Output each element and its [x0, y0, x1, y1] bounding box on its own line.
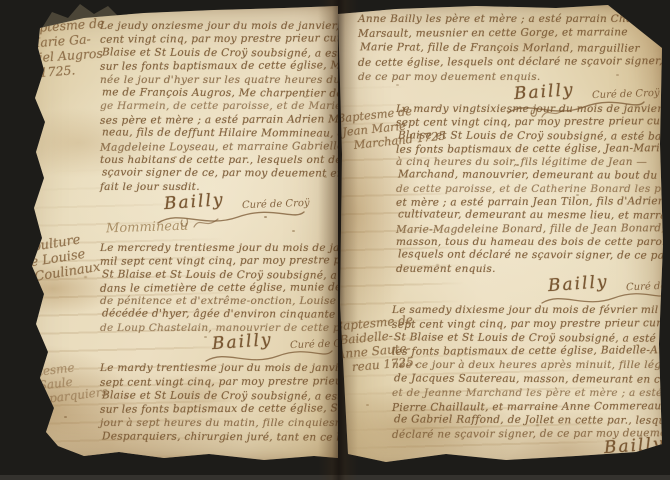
manuscript-line: tous habitans de cette par., lesquels on…: [100, 154, 338, 167]
manuscript-line: Marsault, meusnier en cette Gorge, et ma…: [358, 26, 648, 42]
signature-flourish: [596, 451, 670, 473]
signature-flourish: [540, 289, 670, 309]
manuscript-line: mil sept cent vingt cinq, par moy prestr…: [100, 255, 338, 270]
manuscript-line: St Blaise et St Louis de Croÿ soubsigné,…: [102, 268, 338, 283]
cure-signature: Bailly Curé de Croÿ: [514, 82, 659, 102]
record-baptism-sautereau: Le samedy dixiesme jour du mois de févri…: [392, 304, 660, 442]
manuscript-line: Marie-Magdeleine Bonard, fille de Jean B…: [396, 222, 660, 237]
register-scan: Baptesme deMarie Ga-briel Augros1725. Le…: [0, 0, 670, 480]
left-page: Baptesme deMarie Ga-briel Augros1725. Le…: [14, 6, 338, 462]
signature-paraph: [528, 104, 568, 120]
manuscript-line: à cinq heures du soir, fils légitime de …: [396, 156, 660, 169]
manuscript-line: Le mercredy trentiesme jour du mois de j…: [100, 242, 338, 255]
manuscript-line: sept cent vingt cinq, par moy prestre pr…: [100, 375, 338, 390]
cure-signature: Bailly Curé de Croix: [548, 274, 670, 294]
manuscript-line: née ce jour à deux heures après minuit, …: [392, 359, 660, 373]
margin-note-line: Duparquiers: [31, 384, 108, 407]
margin-note-baptism-sautereau: Baptesme deBaidelle-Anne Saute-reau 1725…: [334, 313, 418, 376]
manuscript-line: me de François Augros, Me charpentier de…: [102, 86, 338, 101]
manuscript-line: lesquels ont déclaré ne sçavoir signer, …: [398, 249, 660, 264]
cure-signature: Bailly Curé de Croÿ: [604, 436, 670, 456]
signature-name: Bailly: [603, 434, 665, 458]
manuscript-line: sur les fonts baptismaux de cette église…: [100, 403, 338, 418]
manuscript-line: de Jacques Sautereau, masson, demeurant …: [394, 372, 660, 387]
manuscript-line: Le jeudy onziesme jour du mois de janvie…: [100, 20, 338, 33]
signature-paraph: [618, 458, 658, 474]
manuscript-line: jour à sept heures du matin, fille cinqu…: [100, 417, 338, 431]
right-page: Anne Bailly les père et mère ; a esté pa…: [336, 4, 664, 468]
margin-note-baptism-duparquiers: Baptesmede SauleDuparquiers: [14, 357, 109, 410]
record-baptism-augros: Le jeudy onziesme jour du mois de janvie…: [100, 20, 338, 194]
manuscript-line: née le jour d'hyer sur les quatre heures…: [100, 74, 338, 87]
manuscript-line: de cette paroisse, et de Catherine Bonar…: [396, 183, 660, 196]
manuscript-line: ge Harmein, de cette paroisse, et de Mar…: [100, 100, 338, 113]
manuscript-line: et de Jeanne Marchand les père et mère ;…: [392, 387, 660, 401]
signature-flourish: [204, 347, 334, 367]
manuscript-line: les fonts baptismaux de cette église, Ba…: [392, 345, 660, 360]
scan-edge: [0, 475, 670, 480]
margin-note-sepulture-coulinaux: Sépulturede LouiseCoulinaux: [15, 230, 101, 287]
manuscript-line: sur les fonts baptismaux de cette église…: [100, 59, 338, 74]
manuscript-line: Magdeleine Loyseau, et marraine Gabriell…: [100, 140, 338, 155]
manuscript-line: Marchand, manouvrier, demeurant au bout …: [398, 169, 660, 184]
manuscript-line: Desparquiers, chirurgien juré, tant en c…: [102, 430, 338, 445]
cure-signature: Bailly Curé de Croÿ: [164, 192, 309, 212]
manuscript-line: de pénitence et d'extrême-onction, Louis…: [100, 295, 338, 308]
manuscript-line: neau, fils de deffunt Hilaire Mommineau,…: [102, 127, 338, 142]
manuscript-line: dans le cimetière de cette église, munie…: [100, 281, 338, 296]
manuscript-line: de cette église, lesquels ont déclaré ne…: [358, 54, 648, 70]
record-baptism-duparquiers: Le mardy trentiesme jour du mois de janv…: [100, 362, 338, 445]
signature-paraph: [178, 214, 222, 230]
margin-note-baptism-augros: Baptesme deMarie Ga-briel Augros1725.: [22, 15, 108, 81]
cure-signature: Bailly Curé de Croÿ: [212, 332, 357, 352]
manuscript-line: masson, tous du hameau des bois de cette…: [396, 236, 660, 249]
manuscript-line: les fonts baptismaux de cette église, Je…: [396, 142, 660, 157]
manuscript-line: décédée d'hyer, âgée d'environ cinquante…: [102, 308, 338, 323]
manuscript-line: Anne Bailly les père et mère ; a esté pa…: [358, 12, 648, 26]
manuscript-line: cultivateur, demeurant au mesme lieu, et…: [398, 209, 660, 224]
signature-flourish: [506, 97, 646, 119]
record-continuation-marsault: Anne Bailly les père et mère ; a esté pa…: [358, 12, 648, 84]
record-sepulture-coulinaux: Le mercredy trentiesme jour du mois de j…: [100, 242, 338, 335]
manuscript-line: sept cent vingt cinq, par moy prestre pr…: [392, 317, 660, 332]
manuscript-line: cent vingt cinq, par moy prestre prieur …: [100, 33, 338, 48]
manuscript-line: sçavoir signer de ce, par moy deuement e…: [102, 167, 338, 182]
